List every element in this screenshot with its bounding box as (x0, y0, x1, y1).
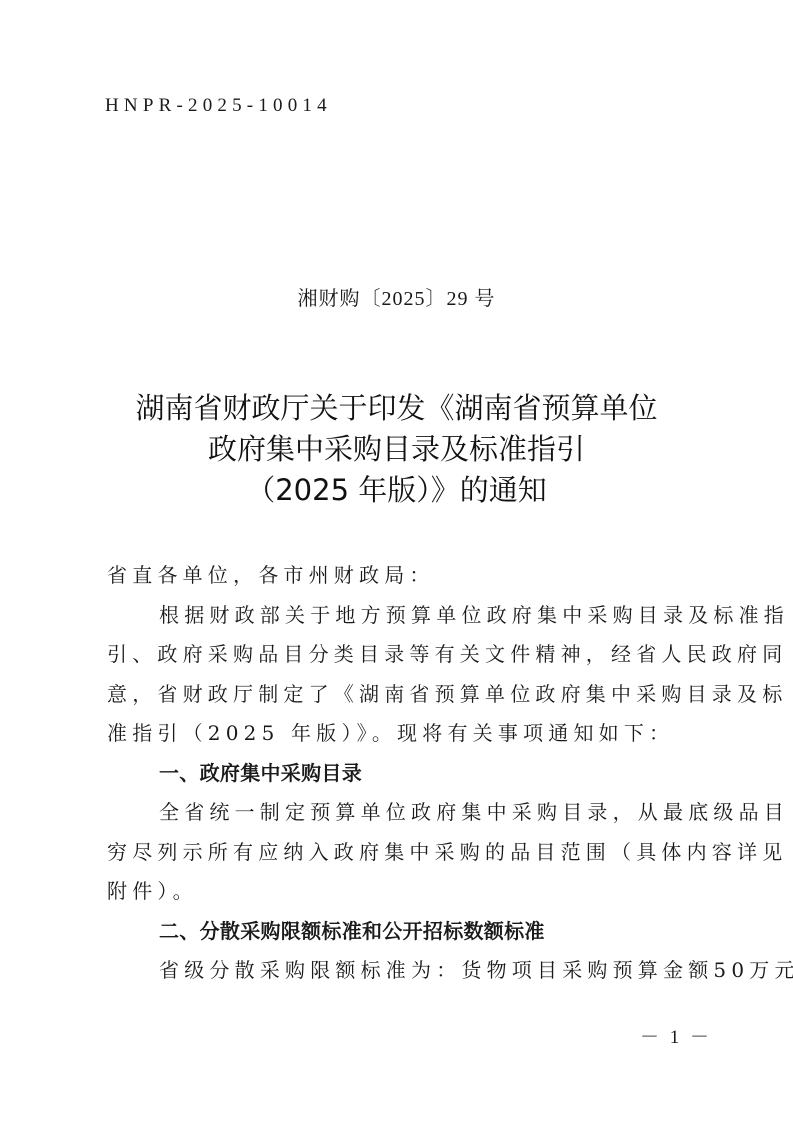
section-heading: 二、分散采购限额标准和公开招标数额标准 (107, 912, 697, 952)
title-line: （2025 年版）》的通知 (0, 470, 793, 511)
document-title: 湖南省财政厅关于印发《湖南省预算单位 政府集中采购目录及标准指引 （2025 年… (0, 388, 793, 511)
document-body: 省直各单位，各市州财政局：根据财政部关于地方预算单位政府集中采购目录及标准指引、… (107, 556, 697, 991)
body-line: 附件）。 (107, 872, 697, 912)
body-line: 引、政府采购品目分类目录等有关文件精神，经省人民政府同 (107, 635, 697, 675)
body-line: 根据财政部关于地方预算单位政府集中采购目录及标准指 (107, 596, 697, 636)
document-id: HNPR-2025-10014 (105, 95, 332, 117)
body-line: 全省统一制定预算单位政府集中采购目录，从最底级品目 (107, 793, 697, 833)
title-line: 湖南省财政厅关于印发《湖南省预算单位 (0, 388, 793, 429)
body-line: 省级分散采购限额标准为：货物项目采购预算金额50万元， (107, 951, 697, 991)
body-line: 省直各单位，各市州财政局： (107, 556, 697, 596)
body-line: 意，省财政厅制定了《湖南省预算单位政府集中采购目录及标 (107, 675, 697, 715)
body-line: 准指引（2025 年版）》。现将有关事项通知如下： (107, 714, 697, 754)
page-number: － 1 － (640, 1022, 709, 1049)
section-heading: 一、政府集中采购目录 (107, 754, 697, 794)
body-line: 穷尽列示所有应纳入政府集中采购的品目范围（具体内容详见 (107, 833, 697, 873)
title-line: 政府集中采购目录及标准指引 (0, 429, 793, 470)
document-number: 湘财购〔2025〕29 号 (0, 282, 793, 311)
